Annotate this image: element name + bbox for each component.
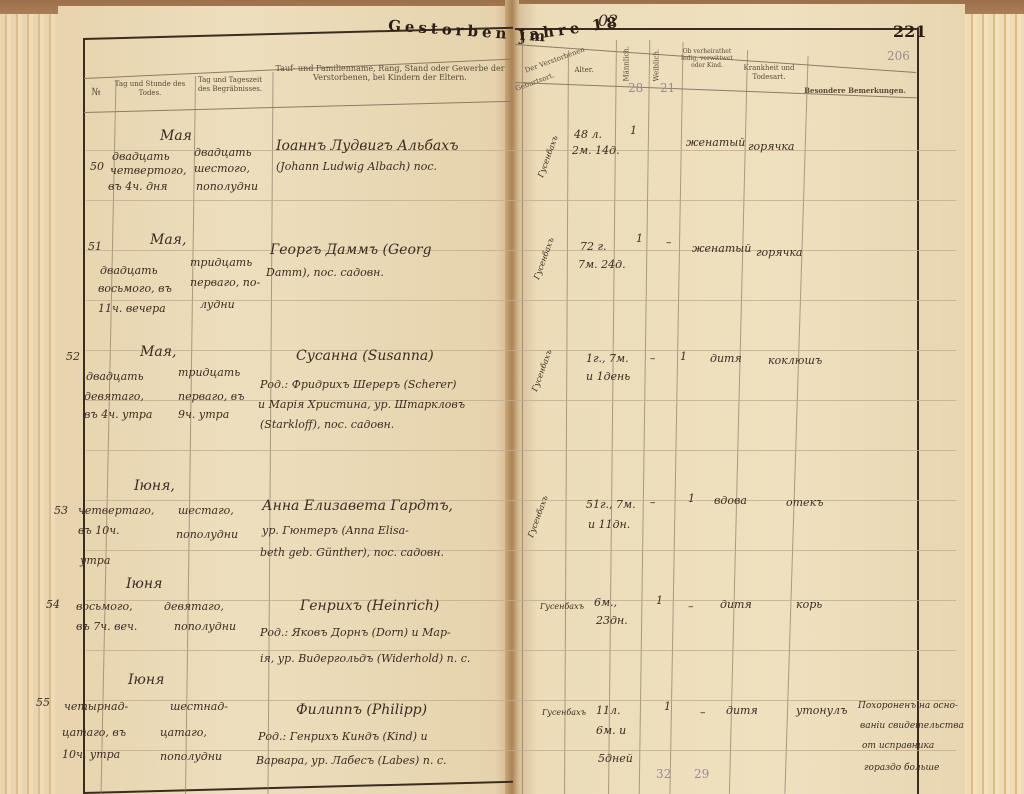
- birthplace: Гусенбахъ: [540, 600, 584, 613]
- age-line: 48 л.: [574, 128, 602, 141]
- death-line: четвертаго,: [78, 504, 154, 517]
- entry-month: Мая: [160, 130, 192, 143]
- name-line: Сусанна (Susanna): [296, 350, 434, 363]
- death-line: въ 7ч. веч.: [76, 620, 137, 633]
- age-line: 23дн.: [596, 614, 628, 627]
- death-line: въ 10ч.: [78, 524, 120, 537]
- entry-month: Іюня: [128, 674, 164, 687]
- male-count: 1: [630, 124, 637, 137]
- col-header-marital: Ob verheirathet ledig, verwittwet oder K…: [678, 48, 736, 69]
- burial-line: лудни: [200, 298, 235, 311]
- death-line: цатаго, въ: [62, 726, 126, 739]
- name-line: beth geb. Günther), пос. садовн.: [260, 546, 444, 559]
- name-line: Филиппъ (Philipp): [296, 704, 427, 717]
- name-line: Damm), пос. садовн.: [266, 266, 384, 279]
- marital-status: дитя: [726, 704, 758, 717]
- burial-line: цатаго,: [160, 726, 207, 739]
- age-line: 2м. 14д.: [572, 144, 620, 157]
- col-header-female: Weiblich.: [653, 52, 662, 82]
- name-line: и Марія Христина, ур. Штаркловъ: [258, 398, 465, 411]
- entry-month: Мая,: [140, 346, 176, 359]
- marital-status: дитя: [710, 352, 742, 365]
- burial-line: перваго, по-: [190, 276, 260, 289]
- name-line: Георгъ Даммъ (Georg: [270, 244, 432, 257]
- remarks-line: Похороненъ на осно-: [858, 700, 958, 713]
- death-line: двадцать: [100, 264, 158, 277]
- age-line: 72 г.: [580, 240, 607, 253]
- name-line: Іоаннъ Лудвигъ Альбахъ: [276, 140, 459, 153]
- col-header-burial-date: Tag und Tageszeit des Begräbnisses.: [192, 76, 268, 94]
- female-count: 1: [680, 350, 687, 363]
- burial-line: двадцать: [194, 146, 252, 159]
- burial-line: шестаго,: [178, 504, 234, 517]
- col-header-age: Alter.: [566, 66, 602, 75]
- ruled-line: [86, 550, 956, 551]
- female-count: 1: [688, 492, 695, 505]
- page-number-pencil: 206: [887, 50, 910, 63]
- entry-month: Іюня: [126, 578, 162, 591]
- illness-line: горячка: [748, 140, 794, 153]
- burial-line: перваго, въ: [178, 390, 245, 403]
- burial-line: 9ч. утра: [178, 408, 229, 421]
- burial-line: девятаго,: [164, 600, 224, 613]
- remarks-line: гораздо больше: [864, 762, 939, 775]
- age-line: и 1день: [586, 370, 630, 383]
- marital-status: дитя: [720, 598, 752, 611]
- burial-line: шестнад-: [170, 700, 228, 713]
- age-line: 6м. и: [596, 724, 626, 737]
- illness-line: утонулъ: [796, 704, 847, 717]
- name-line: Род.: Фридрихъ Шереръ (Scherer): [260, 378, 456, 391]
- name-line: Анна Елизавета Гардтъ,: [262, 500, 453, 513]
- total-female: 29: [694, 768, 709, 781]
- burial-line: тридцать: [178, 366, 240, 379]
- burial-line: пополудни: [160, 750, 222, 763]
- total-male: 32: [656, 768, 671, 781]
- birthplace: Гусенбахъ: [542, 706, 586, 719]
- name-line: Варвара, ур. Лабесъ (Labes) п. с.: [256, 754, 446, 767]
- death-line: въ 4ч. дня: [108, 180, 168, 193]
- name-line: ія, ур. Видергольдъ (Widerhold) п. с.: [260, 652, 470, 665]
- death-line: двадцать: [86, 370, 144, 383]
- entry-month: Мая,: [150, 234, 186, 247]
- ruled-line: [86, 350, 956, 351]
- year-handwritten: 02: [598, 14, 618, 27]
- entry-no: 52: [66, 350, 80, 363]
- death-line: 11ч. вечера: [98, 302, 166, 315]
- illness-line: коклюшъ: [768, 354, 822, 367]
- carried-over-male: 28: [628, 82, 643, 95]
- name-line: Род.: Яковъ Дорнъ (Dorn) и Мар-: [260, 626, 451, 639]
- burial-line: тридцать: [190, 256, 252, 269]
- illness-line: женатый: [686, 136, 745, 149]
- col-header-illness: Krankheit und Todesart.: [740, 64, 798, 82]
- illness-line: корь: [796, 598, 822, 611]
- death-line: восьмого,: [76, 600, 133, 613]
- male-count: –: [650, 352, 656, 365]
- name-line: (Starkloff), пос. садовн.: [260, 418, 394, 431]
- carried-over-female: 21: [660, 82, 675, 95]
- entry-no: 54: [46, 598, 60, 611]
- death-line: въ 4ч. утра: [84, 408, 152, 421]
- col-header-death-date: Tag und Stunde des Todes.: [112, 80, 188, 98]
- name-line: (Johann Ludwig Albach) поc.: [276, 160, 437, 173]
- male-count: 1: [636, 232, 643, 245]
- page-number: 221: [893, 22, 926, 41]
- burial-line: пополудни: [196, 180, 258, 193]
- entry-no: 51: [88, 240, 102, 253]
- female-count: –: [688, 600, 694, 613]
- name-line: Генрихъ (Heinrich): [300, 600, 439, 613]
- age-line: 7м. 24д.: [578, 258, 626, 271]
- remarks-line: от исправника: [862, 740, 934, 753]
- col-line: [522, 40, 523, 794]
- col-header-remarks: Besondere Bemerkungen.: [800, 86, 910, 95]
- illness-line: горячка: [756, 246, 802, 259]
- illness-line: женатый: [692, 242, 751, 255]
- male-count: –: [650, 496, 656, 509]
- illness-line: отекъ: [786, 496, 823, 509]
- burial-line: пополудни: [176, 528, 238, 541]
- ruled-line: [86, 500, 956, 501]
- death-line: четырнад-: [64, 700, 128, 713]
- remarks-line: ваніи свидетельства: [860, 720, 964, 733]
- ruled-line: [86, 200, 956, 201]
- death-line: четвертого,: [110, 164, 186, 177]
- age-line: 1г., 7м.: [586, 352, 629, 365]
- age-line: 51г., 7м.: [586, 498, 636, 511]
- death-line: восьмого, въ: [98, 282, 172, 295]
- entry-month: Іюня,: [134, 480, 175, 493]
- name-line: Род.: Генрихъ Киндъ (Kind) и: [258, 730, 428, 743]
- male-count: 1: [656, 594, 663, 607]
- female-count: –: [666, 236, 672, 249]
- age-line: и 11дн.: [588, 518, 630, 531]
- age-line: 5дней: [598, 752, 633, 765]
- right-page-stack: [955, 14, 1024, 794]
- ruled-line: [86, 650, 956, 651]
- entry-no: 50: [90, 160, 104, 173]
- death-line: двадцать: [112, 150, 170, 163]
- death-line: 10ч. утра: [62, 748, 120, 761]
- col-header-name: Tauf- und Familienname, Rang, Stand oder…: [272, 64, 508, 82]
- entry-no: 53: [54, 504, 68, 517]
- age-line: 11л.: [596, 704, 621, 717]
- col-header-male: Männlich.: [623, 52, 632, 82]
- ruled-line: [86, 450, 956, 451]
- name-line: ур. Гюнтеръ (Anna Elisa-: [262, 524, 409, 537]
- male-count: 1: [664, 700, 671, 713]
- burial-line: пополудни: [174, 620, 236, 633]
- death-line: утра: [80, 554, 110, 567]
- marital-status: вдова: [714, 494, 747, 507]
- death-line: девятаго,: [84, 390, 144, 403]
- ruled-line: [86, 250, 956, 251]
- burial-line: шестого,: [194, 162, 250, 175]
- entry-no: 55: [36, 696, 50, 709]
- age-line: 6м.,: [594, 596, 617, 609]
- col-header-no: №: [86, 88, 106, 97]
- female-count: –: [700, 706, 706, 719]
